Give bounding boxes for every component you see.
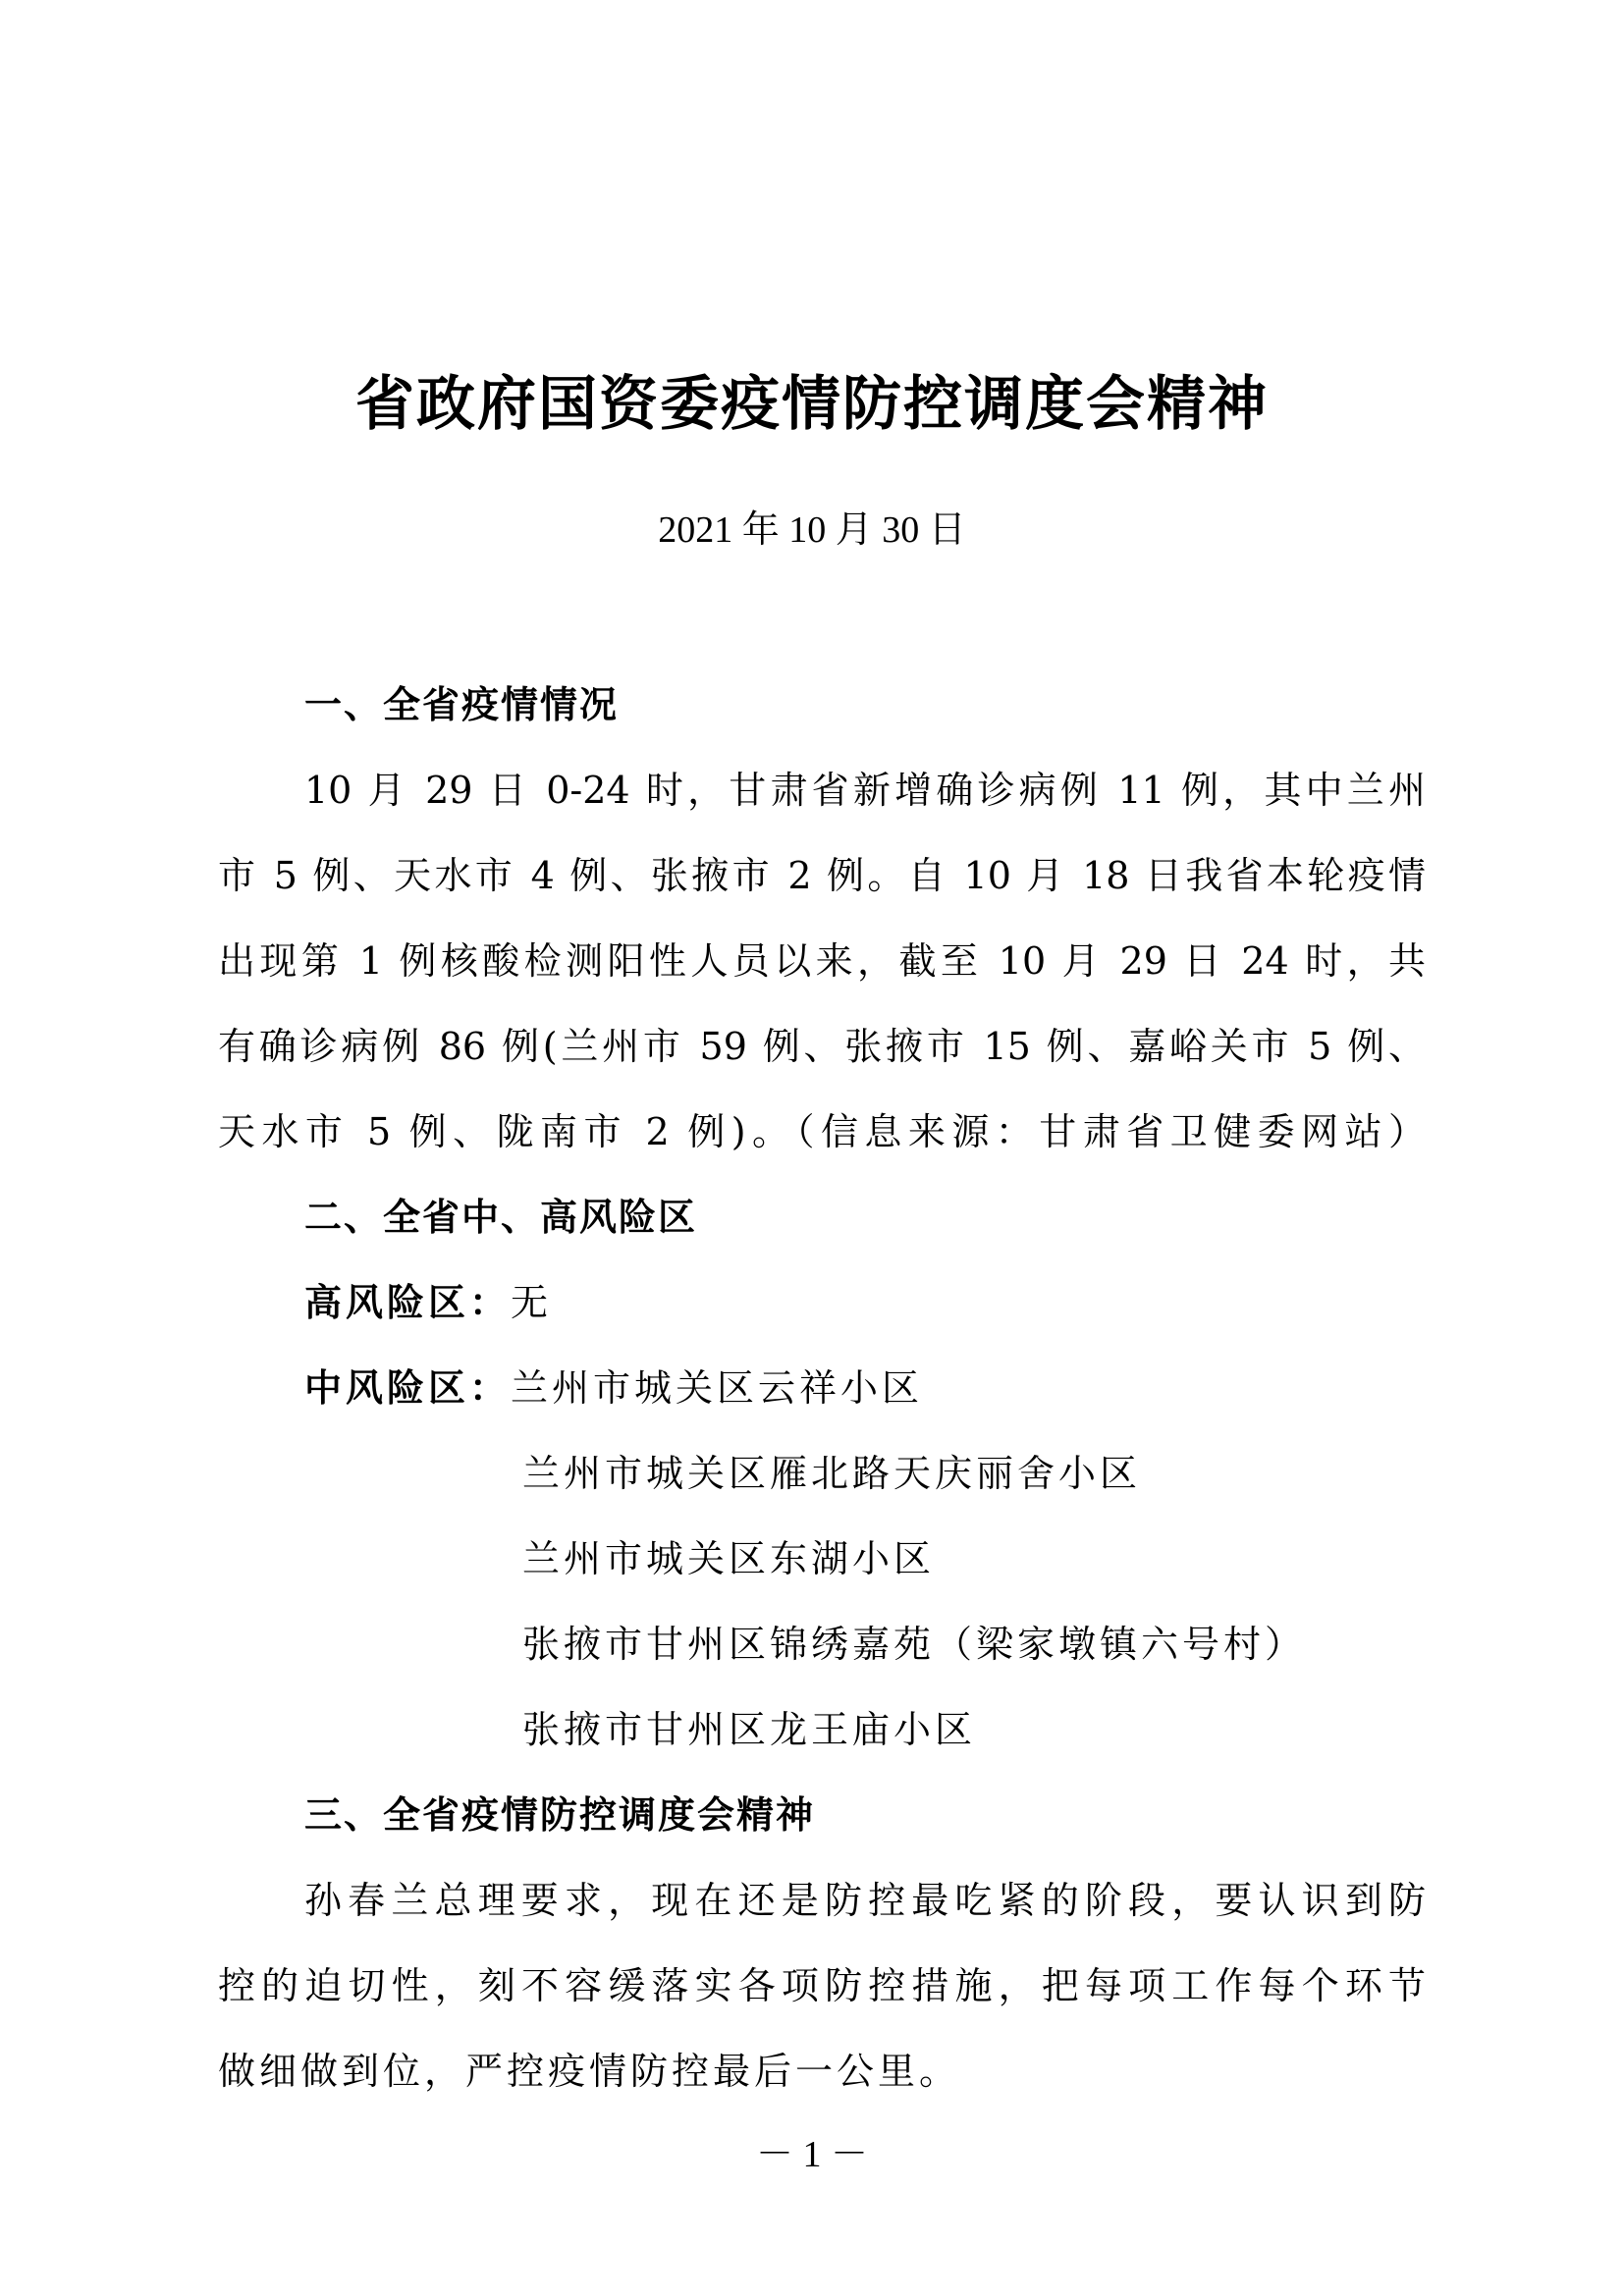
document-date: 2021 年 10 月 30 日	[0, 501, 1624, 560]
medium-risk-area: 兰州市城关区云祥小区	[511, 1366, 923, 1410]
section-heading-1: 一、全省疫情情况	[304, 675, 619, 734]
section-heading-2: 二、全省中、高风险区	[304, 1188, 697, 1247]
paragraph-line: 做细做到位，严控疫情防控最后一公里。	[218, 2042, 960, 2101]
paragraph-line: 出现第 1 例核酸检测阳性人员以来，截至 10 月 29 日 24 时，共	[218, 932, 1426, 990]
document-page: 省政府国资委疫情防控调度会精神 2021 年 10 月 30 日 一、全省疫情情…	[0, 0, 1624, 2296]
paragraph-line: 控的迫切性，刻不容缓落实各项防控措施，把每项工作每个环节	[218, 1956, 1426, 2015]
paragraph-line: 市 5 例、天水市 4 例、张掖市 2 例。自 10 月 18 日我省本轮疫情	[218, 846, 1426, 905]
paragraph-line: 天水市 5 例、陇南市 2 例)。（信息来源：甘肃省卫健委网站）	[218, 1102, 1426, 1161]
page-number: － 1 －	[0, 2130, 1624, 2179]
high-risk-value: 无	[511, 1281, 552, 1324]
paragraph-line: 有确诊病例 86 例(兰州市 59 例、张掖市 15 例、嘉峪关市 5 例、	[218, 1017, 1426, 1076]
paragraph-line: 孙春兰总理要求，现在还是防控最吃紧的阶段，要认识到防	[304, 1871, 1426, 1930]
section-heading-3: 三、全省疫情防控调度会精神	[304, 1786, 815, 1844]
medium-risk-area: 兰州市城关区雁北路天庆丽舍小区	[522, 1444, 1141, 1503]
medium-risk-row: 中风险区：兰州市城关区云祥小区	[304, 1359, 923, 1417]
paragraph-line: 10 月 29 日 0-24 时，甘肃省新增确诊病例 11 例，其中兰州	[304, 761, 1426, 820]
high-risk-label: 高风险区：	[304, 1281, 511, 1324]
medium-risk-area: 兰州市城关区东湖小区	[522, 1529, 935, 1588]
high-risk-row: 高风险区：无	[304, 1273, 552, 1332]
document-title: 省政府国资委疫情防控调度会精神	[0, 365, 1624, 444]
medium-risk-area: 张掖市甘州区锦绣嘉苑（梁家墩镇六号村）	[522, 1615, 1306, 1674]
medium-risk-label: 中风险区：	[304, 1366, 511, 1410]
medium-risk-area: 张掖市甘州区龙王庙小区	[522, 1700, 976, 1759]
